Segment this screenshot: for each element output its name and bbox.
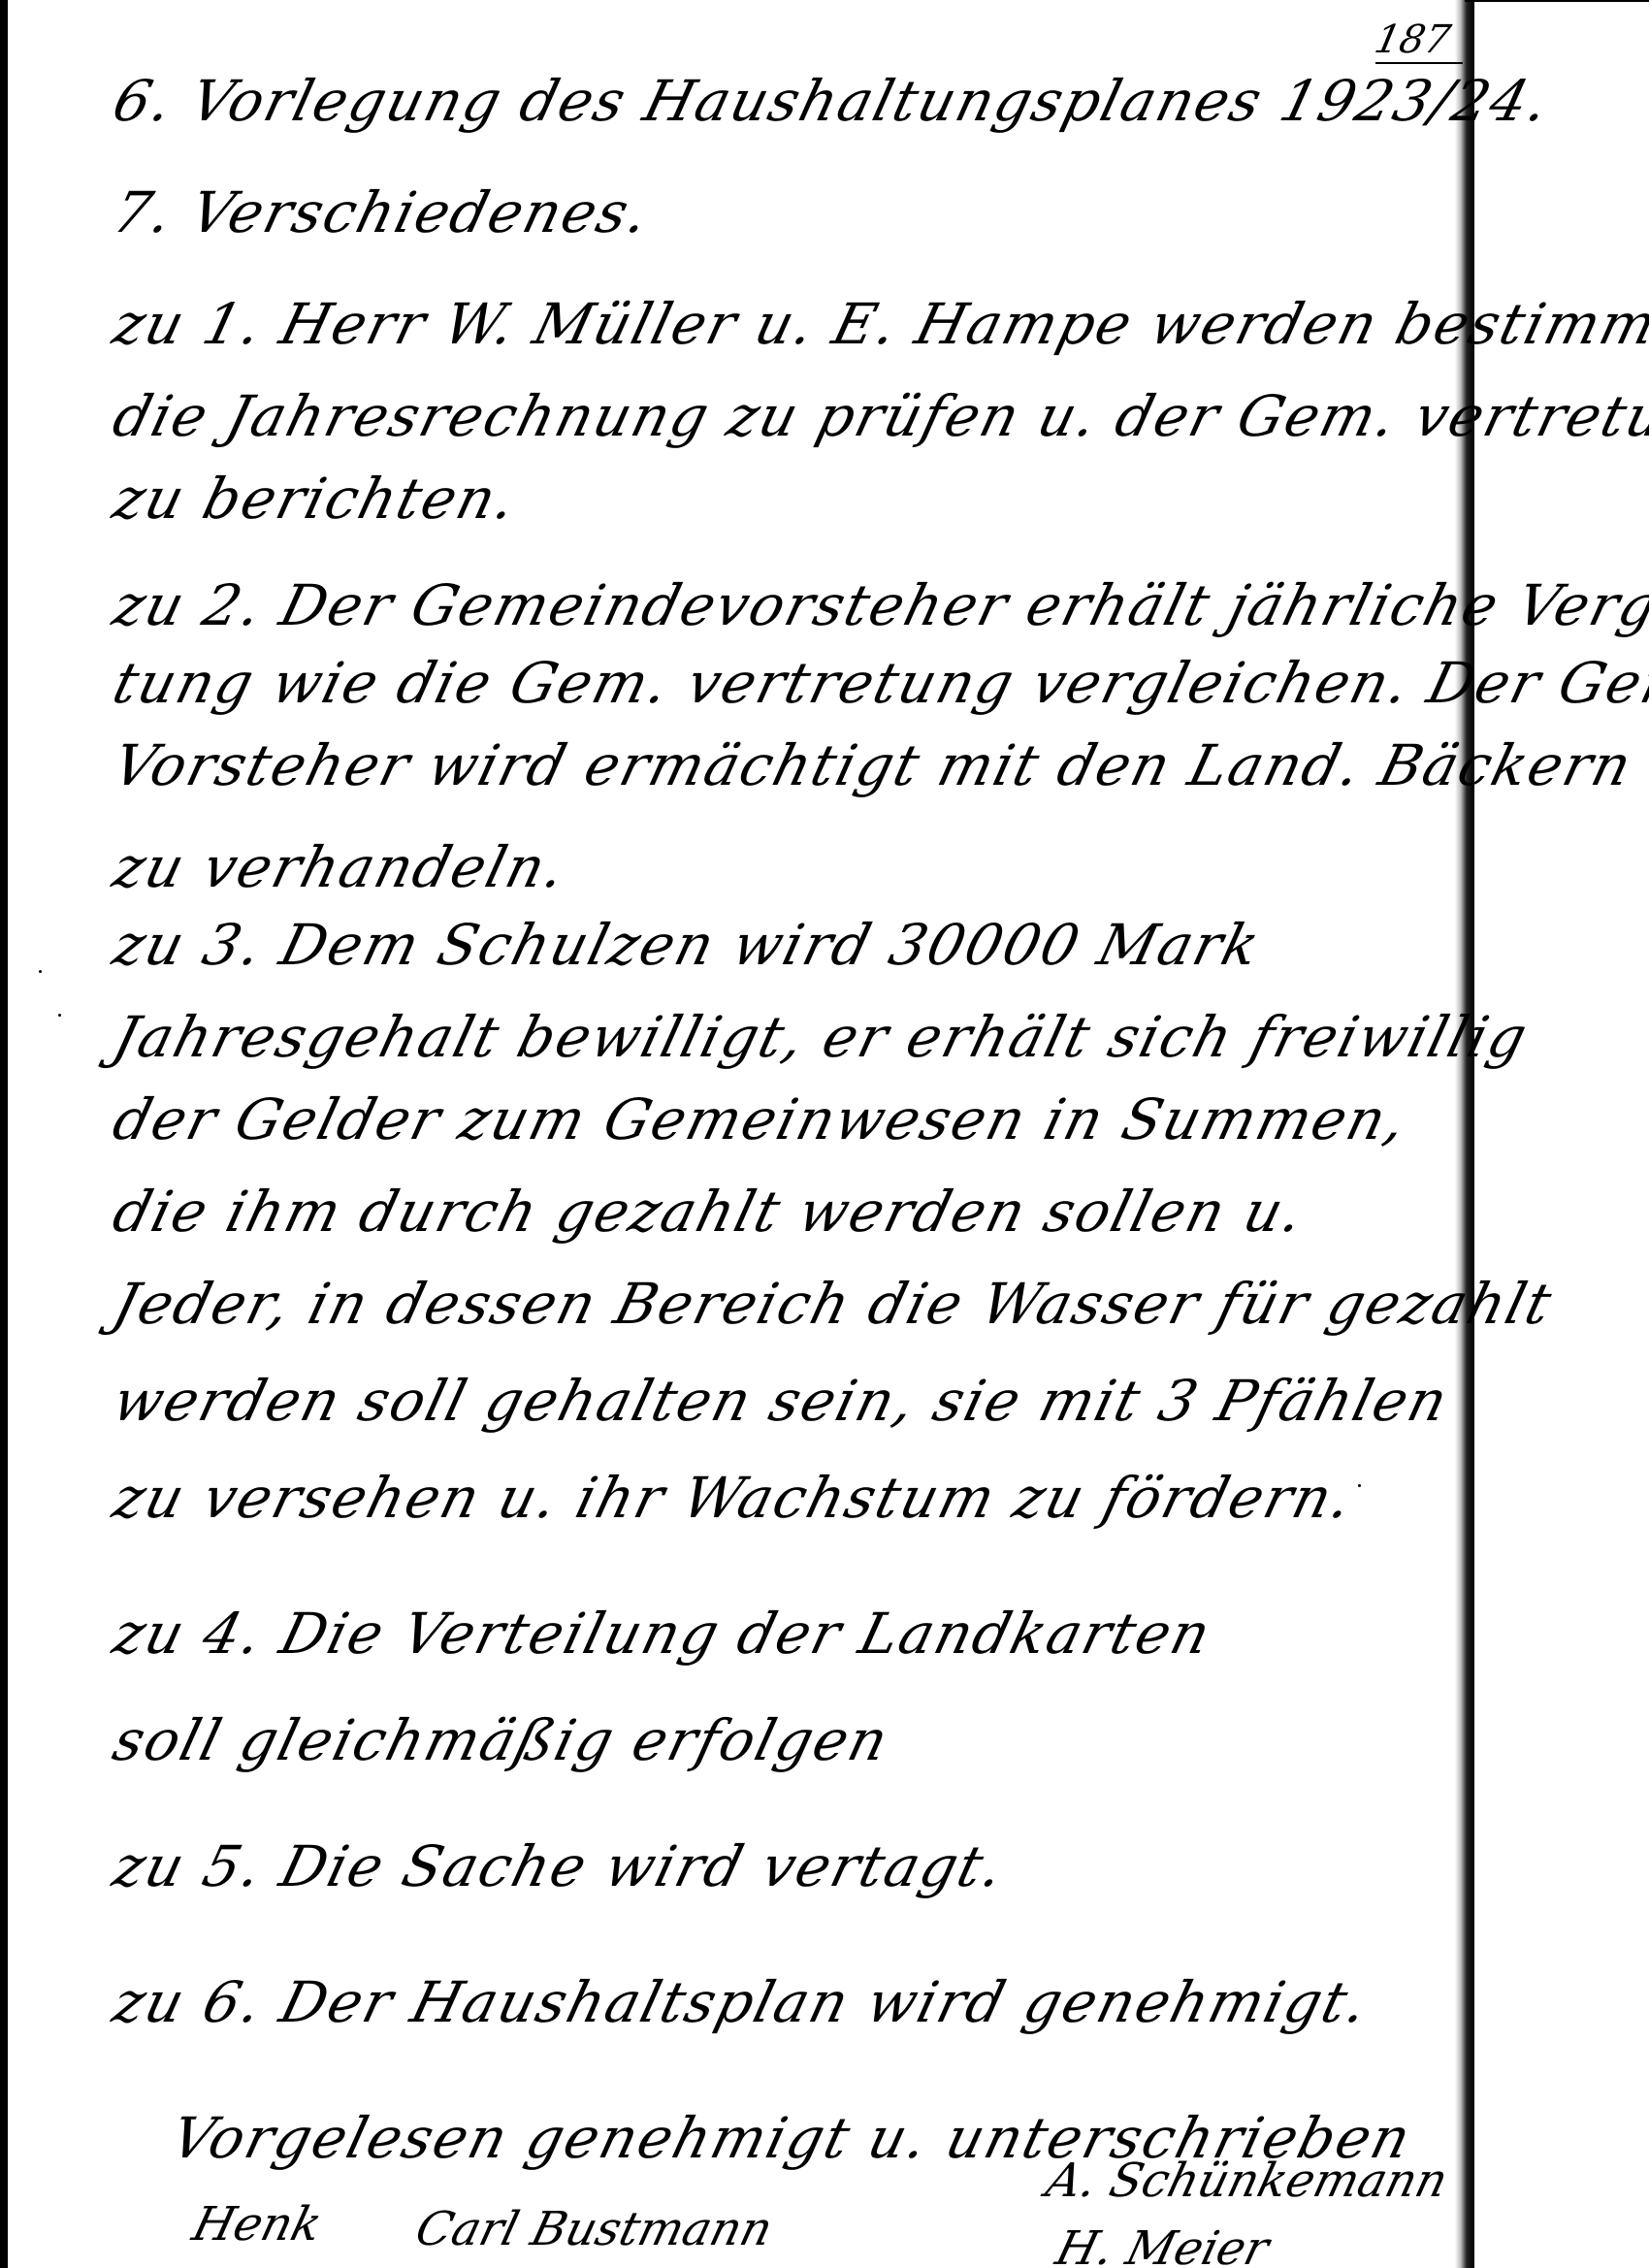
text-line: zu 2. Der Gemeindevorsteher erhält jährl…: [107, 572, 1649, 638]
scan-speck: [39, 970, 42, 973]
text-line: tung wie die Gem. vertretung vergleichen…: [107, 650, 1649, 716]
text-line: zu 4. Die Verteilung der Landkarten: [107, 1601, 1218, 1667]
text-line: zu 3. Dem Schulzen wird 30000 Mark: [107, 912, 1268, 978]
text-line: zu verhandeln.: [107, 834, 573, 900]
text-line: Vorsteher wird ermächtigt mit den Land. …: [107, 732, 1639, 798]
top-rule: [1465, 0, 1649, 2]
signature: A. Schünkemann: [1041, 2154, 1453, 2208]
text-line: zu versehen u. ihr Wachstum zu fördern.: [107, 1465, 1360, 1531]
scan-speck: [58, 1014, 61, 1017]
page-number: 187: [1371, 17, 1454, 62]
signature: Henk: [187, 2197, 327, 2252]
text-line: Jahresgehalt bewilligt, er erhält sich f…: [107, 1004, 1536, 1070]
scanned-page: 187 6. Vorlegung des Haushaltungsplanes …: [0, 0, 1474, 2268]
text-line: zu berichten.: [107, 466, 524, 532]
scan-speck: [1358, 1484, 1361, 1487]
text-line: die Jahresrechnung zu prüfen u. der Gem.…: [107, 383, 1649, 449]
text-line: soll gleichmäßig erfolgen: [107, 1707, 896, 1773]
signature: Carl Bustmann: [410, 2202, 778, 2256]
text-line: zu 6. Der Haushaltsplan wird genehmigt.: [107, 1969, 1375, 2035]
text-line: die ihm durch gezahlt werden sollen u.: [107, 1179, 1311, 1245]
signature: H. Meier: [1051, 2221, 1275, 2268]
scan-edge-left: [0, 0, 8, 2268]
text-line: Jeder, in dessen Bereich die Wasser für …: [107, 1271, 1560, 1337]
text-line: zu 5. Die Sache wird vertagt.: [107, 1833, 1012, 1899]
text-line: zu 1. Herr W. Müller u. E. Hampe werden …: [107, 291, 1649, 357]
text-line: werden soll gehalten sein, sie mit 3 Pfä…: [107, 1368, 1456, 1434]
page-number-underline: [1375, 62, 1463, 64]
text-line: 7. Verschiedenes.: [107, 179, 657, 245]
text-line: 6. Vorlegung des Haushaltungsplanes 1923…: [107, 68, 1557, 134]
text-line: der Gelder zum Gemeinwesen in Summen,: [107, 1086, 1414, 1152]
